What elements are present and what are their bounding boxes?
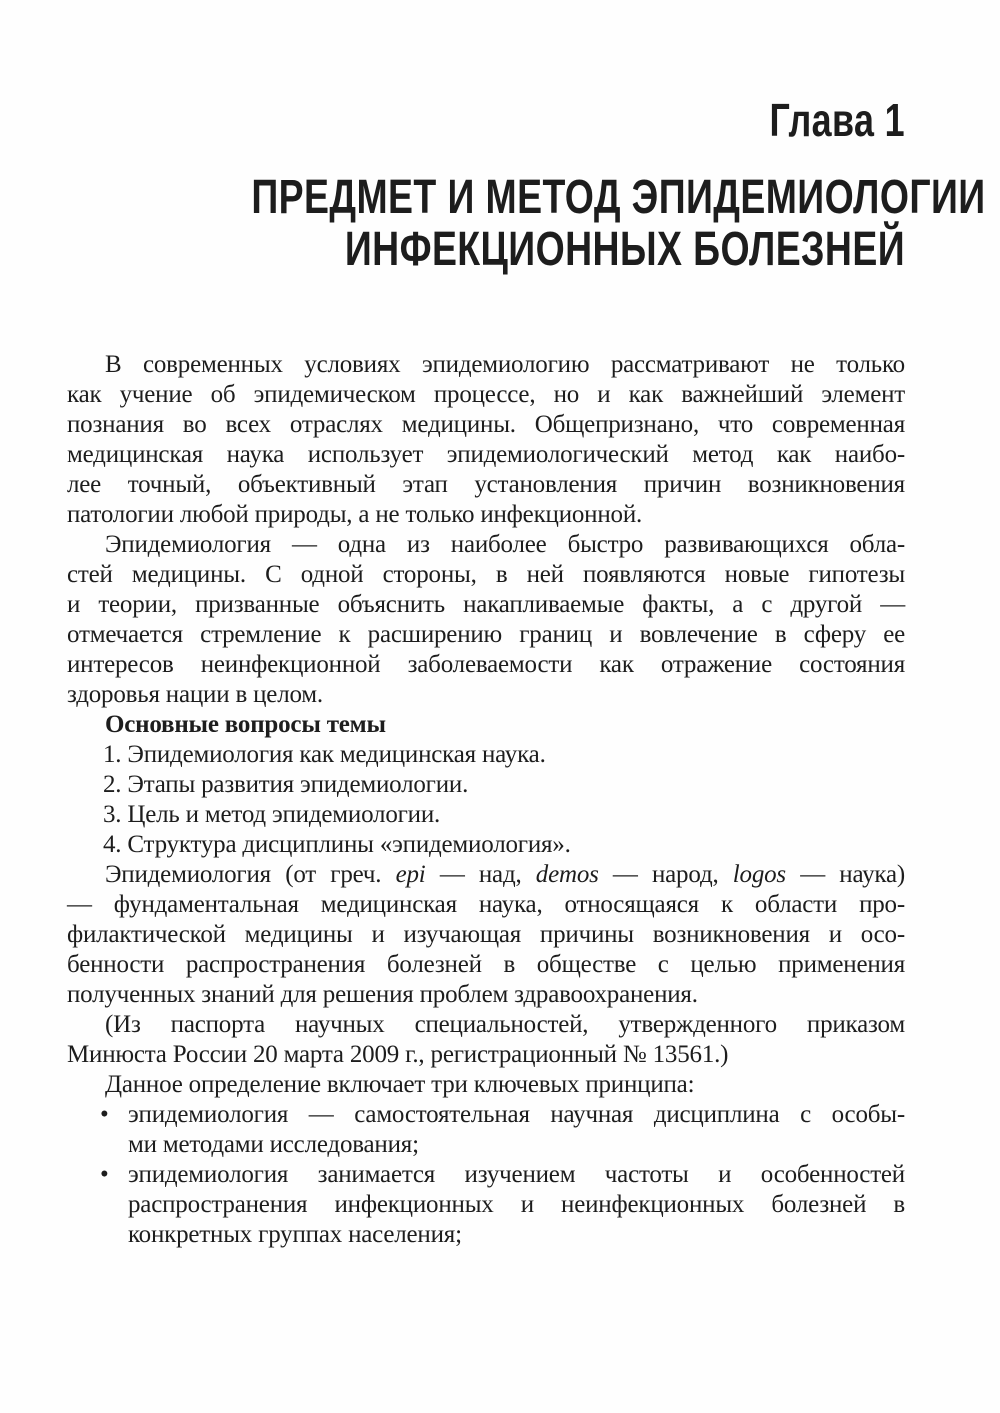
paragraph-line: бенности распространения болезней в обще… [67, 950, 905, 980]
paragraph-line: В современных условиях эпидемиологию рас… [67, 350, 905, 380]
paragraph-line: ми методами исследования; [128, 1130, 905, 1160]
text-segment: — над, [426, 861, 536, 888]
paragraph: Данное определение включает три ключевых… [67, 1070, 905, 1100]
paragraph: Эпидемиология — одна из наиболее быстро … [67, 530, 905, 710]
section-heading: Основные вопросы темы [67, 710, 905, 740]
numbered-list: 1. Эпидемиология как медицинская наука. … [67, 740, 905, 860]
bullet-item: • эпидемиология занимается изучением час… [67, 1160, 905, 1250]
paragraph-line: филактической медицины и изучающая причи… [67, 920, 905, 950]
bullet-text: эпидемиология занимается изучением часто… [128, 1160, 905, 1250]
paragraph-line: (Из паспорта научных специальностей, утв… [67, 1010, 905, 1040]
italic-term: logos [733, 861, 786, 888]
paragraph-line: познания во всех отраслях медицины. Обще… [67, 410, 905, 440]
paragraph-line: интересов неинфекционной заболеваемости … [67, 650, 905, 680]
paragraph-line: эпидемиология занимается изучением часто… [128, 1160, 905, 1190]
bullet-icon: • [100, 1100, 128, 1160]
chapter-title: ПРЕДМЕТ И МЕТОД ЭПИДЕМИОЛОГИИ ИНФЕКЦИОНН… [251, 172, 905, 276]
text-segment: — наука) [786, 861, 905, 888]
bullet-icon: • [100, 1160, 128, 1250]
paragraph-line: Данное определение включает три ключевых… [67, 1070, 905, 1100]
paragraph: В современных условиях эпидемиологию рас… [67, 350, 905, 530]
numbered-list-item: 2. Этапы развития эпидемиологии. [67, 770, 905, 800]
paragraph-line: распространения инфекционных и неинфекци… [128, 1190, 905, 1220]
text-segment: — народ, [599, 861, 733, 888]
text-segment: Эпидемиология (от греч. [105, 861, 396, 888]
paragraph-line: здоровья нации в целом. [67, 680, 905, 710]
paragraph-line: Эпидемиология (от греч. epi — над, demos… [67, 860, 905, 890]
paragraph-line: Минюста России 20 марта 2009 г., регистр… [67, 1040, 905, 1070]
bullet-item: • эпидемиология — самостоятельная научна… [67, 1100, 905, 1160]
numbered-list-item: 4. Структура дисциплины «эпидемиология». [67, 830, 905, 860]
bullet-text: эпидемиология — самостоятельная научная … [128, 1100, 905, 1160]
paragraph-line: лее точный, объективный этап установлени… [67, 470, 905, 500]
paragraph-line: — фундаментальная медицинская наука, отн… [67, 890, 905, 920]
paragraph: Эпидемиология (от греч. epi — над, demos… [67, 860, 905, 1010]
numbered-list-item: 1. Эпидемиология как медицинская наука. [67, 740, 905, 770]
paragraph-line: патологии любой природы, а не только инф… [67, 500, 905, 530]
chapter-label: Глава 1 [251, 97, 905, 143]
paragraph-line: медицинская наука использует эпидемиолог… [67, 440, 905, 470]
numbered-list-item: 3. Цель и метод эпидемиологии. [67, 800, 905, 830]
book-page: Глава 1 ПРЕДМЕТ И МЕТОД ЭПИДЕМИОЛОГИИ ИН… [0, 0, 1000, 1413]
paragraph-line: эпидемиология — самостоятельная научная … [128, 1100, 905, 1130]
paragraph-line: и теории, призванные объяснить накаплива… [67, 590, 905, 620]
italic-term: demos [536, 861, 599, 888]
paragraph-line: конкретных группах населения; [128, 1220, 905, 1250]
paragraph-line: Эпидемиология — одна из наиболее быстро … [67, 530, 905, 560]
italic-term: epi [396, 861, 426, 888]
paragraph-line: отмечается стремление к расширению грани… [67, 620, 905, 650]
paragraph-line: полученных знаний для решения проблем зд… [67, 980, 905, 1010]
chapter-title-line1: ПРЕДМЕТ И МЕТОД ЭПИДЕМИОЛОГИИ [251, 172, 905, 224]
page-body: В современных условиях эпидемиологию рас… [67, 350, 905, 1250]
paragraph: (Из паспорта научных специальностей, утв… [67, 1010, 905, 1070]
paragraph-line: стей медицины. С одной стороны, в ней по… [67, 560, 905, 590]
paragraph-line: как учение об эпидемическом процессе, но… [67, 380, 905, 410]
chapter-title-line2: ИНФЕКЦИОННЫХ БОЛЕЗНЕЙ [251, 224, 905, 276]
